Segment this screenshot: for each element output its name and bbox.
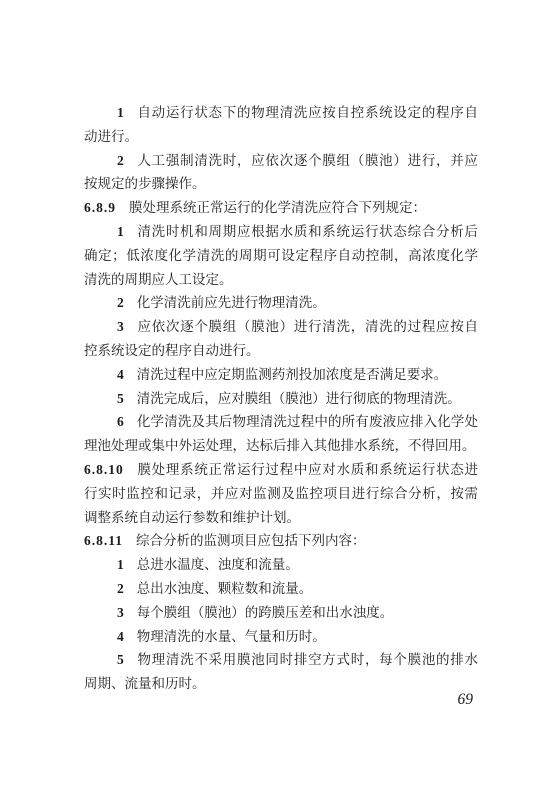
text-line: 5清洗完成后，应对膜组（膜池）进行彻底的物理清洗。 (84, 387, 478, 411)
list-item-paragraph: 2总出水浊度、颗粒数和流量。 (84, 577, 478, 601)
item-number: 3 (117, 319, 124, 334)
text-line: 4物理清洗的水量、气量和历时。 (84, 625, 478, 649)
line-text: 综合分析的监测项目应包括下列内容： (136, 533, 366, 548)
list-item-paragraph: 1自动运行状态下的物理清洗应按自控系统设定的程序自动进行。 (84, 101, 478, 149)
clause-paragraph: 6.8.10膜处理系统正常运行过程中应对水质和系统运行状态进行实时监控和记录，并… (84, 458, 478, 529)
list-item-paragraph: 2化学清洗前应先进行物理清洗。 (84, 291, 478, 315)
text-line: 2化学清洗前应先进行物理清洗。 (84, 291, 478, 315)
list-item-paragraph: 1总进水温度、浊度和流量。 (84, 553, 478, 577)
item-number: 1 (117, 557, 124, 572)
list-item-paragraph: 6化学清洗及其后物理清洗过程中的所有废液应排入化学处理池处理或集中外运处理，达标… (84, 410, 478, 458)
text-line: 确定；低浓度化学清洗的周期可设定程序自动控制，高浓度化学 (84, 244, 478, 268)
item-number: 6 (117, 414, 124, 429)
document-page: 1自动运行状态下的物理清洗应按自控系统设定的程序自动进行。2人工强制清洗时，应依… (0, 0, 551, 789)
list-item-paragraph: 2人工强制清洗时，应依次逐个膜组（膜池）进行，并应按规定的步骤操作。 (84, 149, 478, 197)
item-number: 2 (117, 153, 124, 168)
line-text: 化学清洗前应先进行物理清洗。 (137, 295, 326, 310)
line-text: 每个膜组（膜池）的跨膜压差和出水浊度。 (137, 605, 394, 620)
text-line: 3每个膜组（膜池）的跨膜压差和出水浊度。 (84, 601, 478, 625)
line-text: 物理清洗不采用膜池同时排空方式时，每个膜池的排水 (137, 652, 478, 667)
item-number: 1 (117, 224, 124, 239)
clause-paragraph: 6.8.9膜处理系统正常运行的化学清洗应符合下列规定： (84, 196, 478, 220)
text-line: 动进行。 (84, 125, 478, 149)
item-number: 2 (117, 295, 124, 310)
item-number: 5 (117, 391, 124, 406)
item-number: 4 (117, 629, 124, 644)
text-line: 按规定的步骤操作。 (84, 172, 478, 196)
line-text: 清洗时机和周期应根据水质和系统运行状态综合分析后 (137, 224, 478, 239)
item-number: 5 (117, 652, 124, 667)
text-line: 调整系统自动运行参数和维护计划。 (84, 506, 478, 530)
clause-number: 6.8.9 (84, 200, 116, 215)
list-item-paragraph: 5物理清洗不采用膜池同时排空方式时，每个膜池的排水周期、流量和历时。 (84, 648, 478, 696)
item-number: 4 (117, 367, 124, 382)
line-text: 总出水浊度、颗粒数和流量。 (137, 581, 313, 596)
text-line: 6.8.11综合分析的监测项目应包括下列内容： (84, 529, 478, 553)
text-line: 4清洗过程中应定期监测药剂投加浓度是否满足要求。 (84, 363, 478, 387)
text-line: 控系统设定的程序自动进行。 (84, 339, 478, 363)
text-line: 6.8.10膜处理系统正常运行过程中应对水质和系统运行状态进 (84, 458, 478, 482)
text-line: 行实时监控和记录，并应对监测及监控项目进行综合分析，按需 (84, 482, 478, 506)
text-line: 6.8.9膜处理系统正常运行的化学清洗应符合下列规定： (84, 196, 478, 220)
clause-paragraph: 6.8.11综合分析的监测项目应包括下列内容： (84, 529, 478, 553)
list-item-paragraph: 4清洗过程中应定期监测药剂投加浓度是否满足要求。 (84, 363, 478, 387)
page-number: 69 (84, 691, 473, 709)
list-item-paragraph: 3每个膜组（膜池）的跨膜压差和出水浊度。 (84, 601, 478, 625)
line-text: 自动运行状态下的物理清洗应按自控系统设定的程序自 (137, 105, 478, 120)
item-number: 3 (117, 605, 124, 620)
list-item-paragraph: 5清洗完成后，应对膜组（膜池）进行彻底的物理清洗。 (84, 387, 478, 411)
text-line: 1总进水温度、浊度和流量。 (84, 553, 478, 577)
text-line: 2总出水浊度、颗粒数和流量。 (84, 577, 478, 601)
list-item-paragraph: 3应依次逐个膜组（膜池）进行清洗，清洗的过程应按自控系统设定的程序自动进行。 (84, 315, 478, 363)
line-text: 化学清洗及其后物理清洗过程中的所有废液应排入化学处 (137, 414, 478, 429)
text-line: 1清洗时机和周期应根据水质和系统运行状态综合分析后 (84, 220, 478, 244)
line-text: 物理清洗的水量、气量和历时。 (137, 629, 326, 644)
list-item-paragraph: 4物理清洗的水量、气量和历时。 (84, 625, 478, 649)
text-line: 清洗的周期应人工设定。 (84, 268, 478, 292)
line-text: 清洗过程中应定期监测药剂投加浓度是否满足要求。 (137, 367, 448, 382)
text-line: 3应依次逐个膜组（膜池）进行清洗，清洗的过程应按自 (84, 315, 478, 339)
text-line: 1自动运行状态下的物理清洗应按自控系统设定的程序自 (84, 101, 478, 125)
line-text: 膜处理系统正常运行的化学清洗应符合下列规定： (129, 200, 426, 215)
text-line: 2人工强制清洗时，应依次逐个膜组（膜池）进行，并应 (84, 149, 478, 173)
line-text: 清洗完成后，应对膜组（膜池）进行彻底的物理清洗。 (137, 391, 461, 406)
line-text: 总进水温度、浊度和流量。 (137, 557, 299, 572)
line-text: 应依次逐个膜组（膜池）进行清洗，清洗的过程应按自 (137, 319, 478, 334)
text-line: 6化学清洗及其后物理清洗过程中的所有废液应排入化学处 (84, 410, 478, 434)
page-body: 1自动运行状态下的物理清洗应按自控系统设定的程序自动进行。2人工强制清洗时，应依… (84, 101, 478, 696)
text-line: 理池处理或集中外运处理，达标后排入其他排水系统，不得回用。 (84, 434, 478, 458)
text-line: 5物理清洗不采用膜池同时排空方式时，每个膜池的排水 (84, 648, 478, 672)
clause-number: 6.8.11 (84, 533, 123, 548)
item-number: 1 (117, 105, 124, 120)
list-item-paragraph: 1清洗时机和周期应根据水质和系统运行状态综合分析后确定；低浓度化学清洗的周期可设… (84, 220, 478, 291)
line-text: 膜处理系统正常运行过程中应对水质和系统运行状态进 (137, 462, 478, 477)
clause-number: 6.8.10 (84, 462, 124, 477)
item-number: 2 (117, 581, 124, 596)
line-text: 人工强制清洗时，应依次逐个膜组（膜池）进行，并应 (137, 153, 478, 168)
